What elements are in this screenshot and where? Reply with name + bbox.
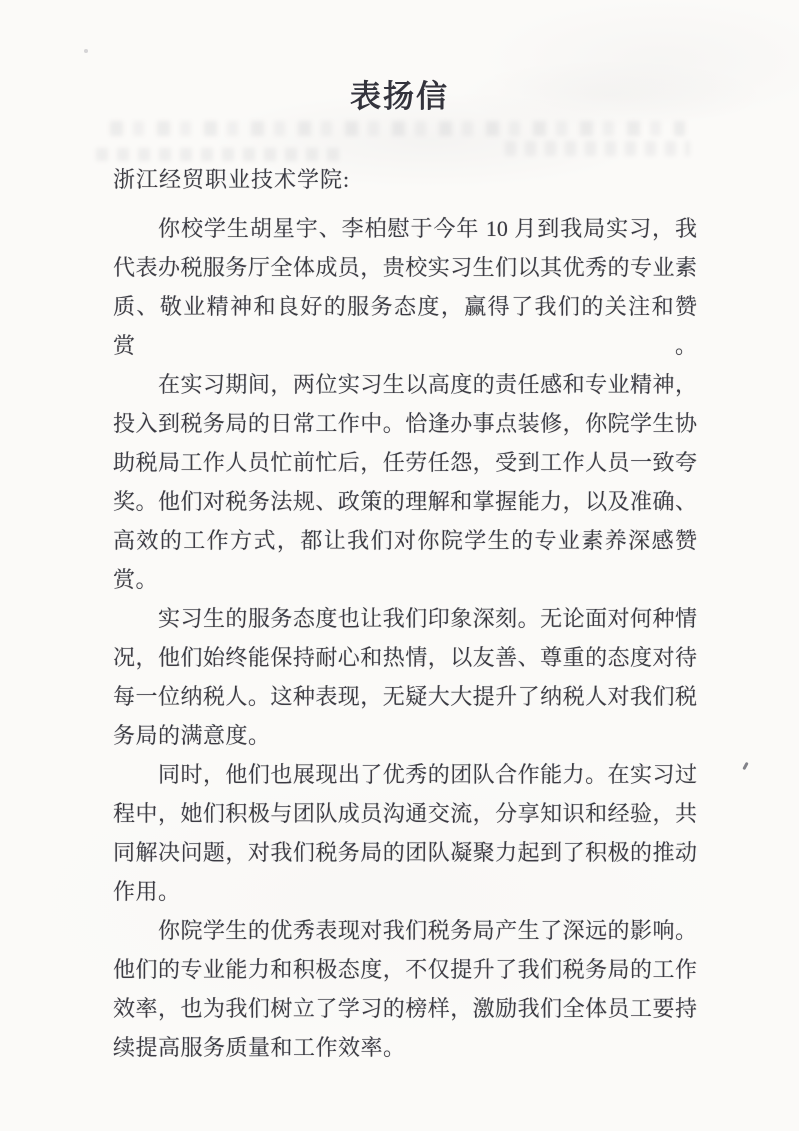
- text-line: 你校学生胡星宇、李柏慰于今年 10 月到我局实习，我: [113, 209, 697, 248]
- text-line: 效率，也为我们树立了学习的榜样，激励我们全体员工要持: [113, 989, 697, 1028]
- text-line: 续提高服务质量和工作效率。: [113, 1028, 697, 1067]
- text-line: 你院学生的优秀表现对我们税务局产生了深远的影响。: [113, 911, 697, 950]
- text-line: 投入到税务局的日常工作中。恰逢办事点装修，你院学生协: [113, 404, 697, 443]
- text-line: 质、敬业精神和良好的服务态度，赢得了我们的关注和赞赏。: [113, 287, 697, 365]
- text-line: 作用。: [113, 872, 697, 911]
- text-line: 程中，她们积极与团队成员沟通交流，分享知识和经验，共: [113, 794, 697, 833]
- text-line: 每一位纳税人。这种表现，无疑大大提升了纳税人对我们税: [113, 677, 697, 716]
- text-line: 实习生的服务态度也让我们印象深刻。无论面对何种情: [113, 599, 697, 638]
- bleed-through-artifact: [110, 121, 685, 136]
- bleed-through-artifact: [505, 141, 690, 156]
- text-line: 奖。他们对税务法规、政策的理解和掌握能力，以及准确、: [113, 482, 697, 521]
- text-line: 同时，他们也展现出了优秀的团队合作能力。在实习过: [113, 755, 697, 794]
- text-line: 在实习期间，两位实习生以高度的责任感和专业精神，: [113, 365, 697, 404]
- text-line: 同解决问题，对我们税务局的团队凝聚力起到了积极的推动: [113, 833, 697, 872]
- text-line: 代表办税服务厅全体成员，贵校实习生们以其优秀的专业素: [113, 248, 697, 287]
- letter-title: 表扬信: [0, 0, 799, 114]
- dust-speck: [84, 49, 88, 53]
- text-line: 高效的工作方式，都让我们对你院学生的专业素养深感赞: [113, 521, 697, 560]
- scanned-letter-page: 表扬信 浙江经贸职业技术学院: 你校学生胡星宇、李柏慰于今年 10 月到我局实习…: [0, 0, 799, 1131]
- text-line: 助税局工作人员忙前忙后，任劳任怨，受到工作人员一致夸: [113, 443, 697, 482]
- text-line: 况，他们始终能保持耐心和热情，以友善、尊重的态度对待: [113, 638, 697, 677]
- text-line: 赏。: [113, 560, 697, 599]
- ink-speck: [742, 762, 748, 770]
- text-line: 务局的满意度。: [113, 716, 697, 755]
- text-line: 他们的专业能力和积极态度，不仅提升了我们税务局的工作: [113, 950, 697, 989]
- salutation: 浙江经贸职业技术学院:: [113, 160, 697, 199]
- letter-body: 浙江经贸职业技术学院: 你校学生胡星宇、李柏慰于今年 10 月到我局实习，我代表…: [113, 160, 697, 1067]
